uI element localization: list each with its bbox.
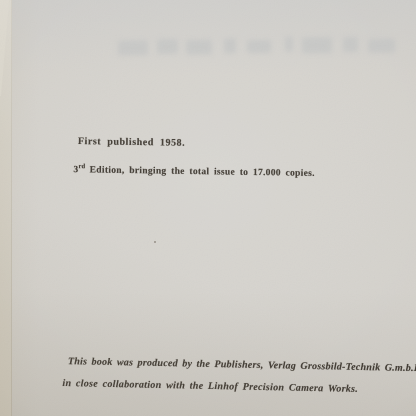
ink-speck	[154, 241, 156, 243]
page-left-edge	[0, 0, 12, 416]
edition-line-first-published: First published 1958.	[78, 136, 185, 149]
book-page-photo: First published 1958. 3rd Edition, bring…	[0, 0, 416, 416]
edition-line-third-edition: 3rd Edition, bringing the total issue to…	[73, 163, 315, 179]
colophon-line-publisher: This book was produced by the Publishers…	[68, 356, 416, 375]
paper-grain-texture	[0, 0, 416, 416]
show-through-text	[112, 31, 414, 62]
edition-block: First published 1958. 3rd Edition, bring…	[73, 136, 374, 191]
photo-vignette	[0, 0, 416, 416]
ordinal-superscript: rd	[79, 163, 86, 170]
colophon-line-collaboration: in close collaboration with the Linhof P…	[62, 378, 358, 395]
colophon-block: This book was produced by the Publishers…	[62, 356, 416, 407]
edition-line-text: Edition, bringing the total issue to 17.…	[85, 165, 315, 179]
